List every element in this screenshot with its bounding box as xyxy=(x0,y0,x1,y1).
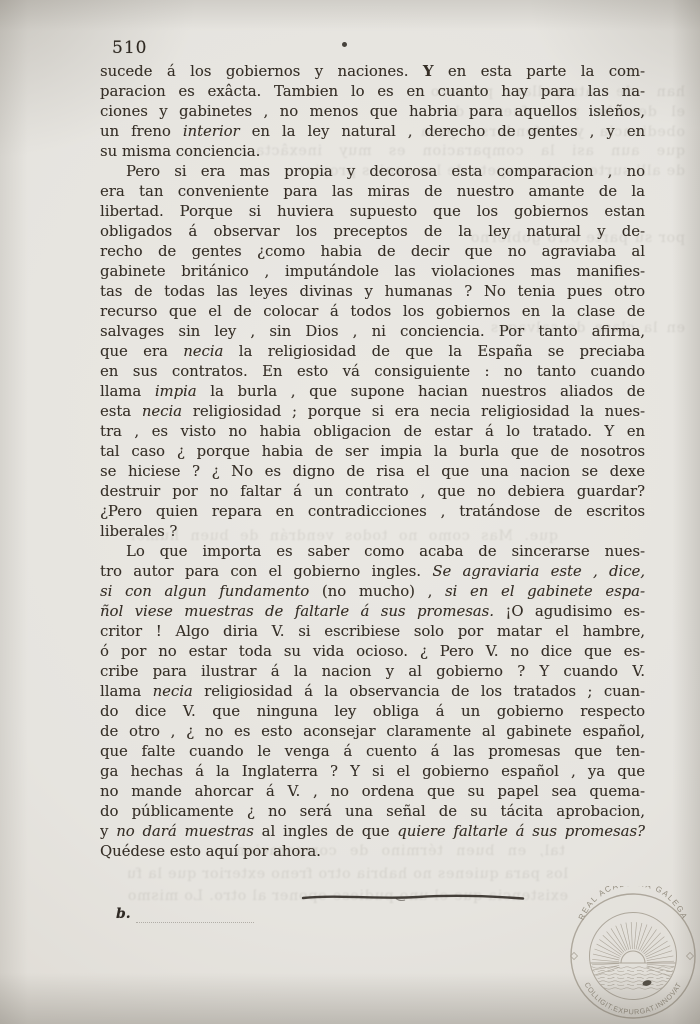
text-line: critor ! Algo diria V. si escribiese sol… xyxy=(100,622,645,642)
text-line: Pero si era mas propia y decorosa esta c… xyxy=(100,162,645,182)
bleedthrough-line: los para quienes no habria otro freno ex… xyxy=(128,866,568,884)
text-line: de otro , ¿ no es esto aconsejar clarame… xyxy=(100,722,645,742)
section-divider-rule xyxy=(300,891,526,903)
text-line: ¿Pero quien repara en contradicciones , … xyxy=(100,502,645,522)
text-line: recurso que el de colocar á todos los go… xyxy=(100,302,645,322)
text-line: paracion es exâcta. Tambien lo es en cua… xyxy=(100,82,645,102)
text-line: que falte cuando le venga á cuento á las… xyxy=(100,742,645,762)
text-line: cribe para ilustrar á la nacion y al gob… xyxy=(100,662,645,682)
signature-mark: b. xyxy=(116,906,131,922)
text-line: no mande ahorcar á V. , no ordena que su… xyxy=(100,782,645,802)
text-line: esta necia religiosidad ; porque si era … xyxy=(100,402,645,422)
right-ornament-icon xyxy=(687,953,694,960)
text-line: do dice V. que ninguna ley obliga á un g… xyxy=(100,702,645,722)
text-line: sucede á los gobiernos y naciones. Y en … xyxy=(100,62,645,82)
text-line: llama impia la burla , que supone hacian… xyxy=(100,382,645,402)
signature-trail xyxy=(136,921,254,923)
text-line: obligados á observar los preceptos de la… xyxy=(100,222,645,242)
scanned-book-page: han de atropellar primeroel derecho y la… xyxy=(0,0,700,1024)
text-line: tro autor para con el gobierno ingles. S… xyxy=(100,562,645,582)
ink-dot xyxy=(342,42,347,47)
stamp-arc-bottom-text: COLLIGIT.EXPURGAT.INNOVAT xyxy=(583,981,684,1017)
text-line: su misma conciencia. xyxy=(100,142,645,162)
text-line: ó por no estar toda su vida ocioso. ¿ Pe… xyxy=(100,642,645,662)
text-line: tas de todas las leyes divinas y humanas… xyxy=(100,282,645,302)
text-line: en sus contratos. En esto vá consiguient… xyxy=(100,362,645,382)
text-line: y no dará muestras al ingles de que quie… xyxy=(100,822,645,842)
text-line: gabinete británico , imputándole las vio… xyxy=(100,262,645,282)
text-line: llama necia religiosidad á la observanci… xyxy=(100,682,645,702)
text-line: Quédese esto aquí por ahora. xyxy=(100,842,645,862)
text-line: destruir por no faltar á un contrato , q… xyxy=(100,482,645,502)
text-line: tra , es visto no habia obligacion de es… xyxy=(100,422,645,442)
text-line: liberales ? xyxy=(100,522,645,542)
text-line: tal caso ¿ porque habia de ser impia la … xyxy=(100,442,645,462)
text-block: sucede á los gobiernos y naciones. Y en … xyxy=(100,62,645,862)
sun-over-sea-emblem xyxy=(588,922,678,989)
text-line: si con algun fundamento (no mucho) , si … xyxy=(100,582,645,602)
text-line: recho de gentes ¿como habia de decir que… xyxy=(100,242,645,262)
text-line: ga hechas á la Inglaterra ? Y si el gobi… xyxy=(100,762,645,782)
text-line: se hiciese ? ¿ No es digno de risa el qu… xyxy=(100,462,645,482)
text-line: que era necia la religiosidad de que la … xyxy=(100,342,645,362)
text-line: ñol viese muestras de faltarle á sus pro… xyxy=(100,602,645,622)
text-line: libertad. Porque si huviera supuesto que… xyxy=(100,202,645,222)
text-line: un freno interior en la ley natural , de… xyxy=(100,122,645,142)
stamp-arc-top-text: REAL ACADEMIA GALEGA xyxy=(577,886,690,921)
page-number: 510 xyxy=(112,38,147,58)
text-line: ciones y gabinetes , no menos que habria… xyxy=(100,102,645,122)
library-stamp: REAL ACADEMIA GALEGA COLLIGIT.EXPURGAT.I… xyxy=(558,886,700,1024)
text-line: do públicamente ¿ no será una señal de s… xyxy=(100,802,645,822)
sun-rays xyxy=(592,922,674,977)
text-line: Lo que importa es saber como acaba de si… xyxy=(100,542,645,562)
text-line: era tan conveniente para las miras de nu… xyxy=(100,182,645,202)
text-line: salvages sin ley , sin Dios , ni concien… xyxy=(100,322,645,342)
